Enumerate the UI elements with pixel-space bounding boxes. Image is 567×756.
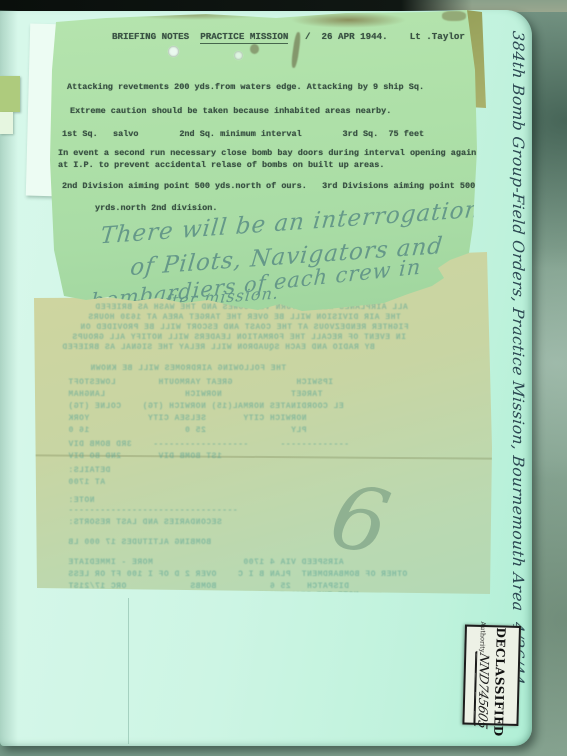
pencil-mark: 6 [323,471,396,569]
protruding-paper-tab-small [0,112,13,134]
typed-line: 2nd Division aiming point 500 yds.north … [62,181,475,191]
typed-line: at I.P. to prevent accidental relase of … [58,160,384,170]
typed-line: Attacking revetments 200 yds.from waters… [67,82,424,92]
title-underlined-mission: PRACTICE MISSION [200,31,288,44]
stamp-inner: DECLASSIFIED Authority NND745605 [475,627,509,724]
typed-line: In event a second run necessary close bo… [58,148,476,158]
title-part3: / 26 APR 1944. Lt .Taylor [288,31,464,42]
bleedthrough-line: AT 1700 [68,478,105,487]
bleedthrough-line: BY RADIO AND EACH SQUADRON WILL RELAY TH… [62,343,375,352]
briefing-note-sheet: BRIEFING NOTES PRACTICE MISSION / 26 APR… [46,10,482,314]
bleedthrough-line: THE FOLLOWING AIRDROMES WILL BE KNOWN [90,364,286,373]
folder-crease [128,598,129,744]
bleedthrough-line: THE AIR DIVISION WILL BE OVER THE TARGET… [88,313,401,322]
stamp-authority-number: NND745605 [475,651,493,731]
bleedthrough-line: IN EVENT OF RECALL THE FORMATION LEADERS… [72,333,406,342]
stamp-authority-row: Authority NND745605 [475,627,494,723]
bleedthrough-line: NOTE: [68,496,95,505]
typed-line: yrds.north 2nd division. [95,203,217,213]
bleedthrough-line: BOMBING ALTITUDES 17 000 LB [68,538,211,547]
punch-hole [234,51,243,60]
scanned-document-photo: ALL AIRPLANES WILL RETURN VIA COWES AND … [0,0,567,756]
bleedthrough-line: IPSWICH GREAT YARMOUTH LOWESTOFT [68,378,333,387]
briefing-title: BRIEFING NOTES PRACTICE MISSION / 26 APR… [112,31,465,42]
bleedthrough-line: ------------- ------------------ 3RD BOM… [68,440,349,449]
bleedthrough-line: FIGHTER RENDEZVOUS AT THE COAST AND ESCO… [80,323,409,332]
stamp-authority-label: Authority [477,621,488,652]
stain [250,44,259,54]
bleedthrough-line: -------------------------------- [68,506,238,515]
bleedthrough-line: AIRSPEED VIA 4 1700 MORE - IMMEDIATE [68,558,344,567]
typed-line: Extreme caution should be taken because … [70,106,391,116]
stain [442,11,466,21]
dark-shelf-edge [0,0,472,11]
bleedthrough-line: TARGET NORWICH LANGHAM [68,390,322,399]
protruding-paper-tab [0,76,20,112]
bleedthrough-line: DETAILS: [68,466,110,475]
bleedthrough-line: EL COORDINATES NORMAL(15) NORWICH (TG) C… [68,402,344,411]
typed-line: 1st Sq. salvo 2nd Sq. minimum interval 3… [62,129,424,139]
bleedthrough-line: 1ST BOMB DIV 2ND BO DIV [68,452,222,461]
declassified-stamp: DECLASSIFIED Authority NND745605 [462,625,521,726]
bleedthrough-line: PLY 25 0 16 0 [68,426,307,435]
bleedthrough-line: SECONDARIES AND LAST RESORTS: [68,518,222,527]
punch-hole [168,46,179,57]
bleedthrough-line: NORWICH CITY SELSEA CITY YORK [68,414,307,423]
title-part1: BRIEFING NOTES [112,31,200,42]
stamp-title: DECLASSIFIED [492,627,509,723]
margin-annotation: 384th Bomb Group-Field Orders, Practice … [507,30,527,617]
